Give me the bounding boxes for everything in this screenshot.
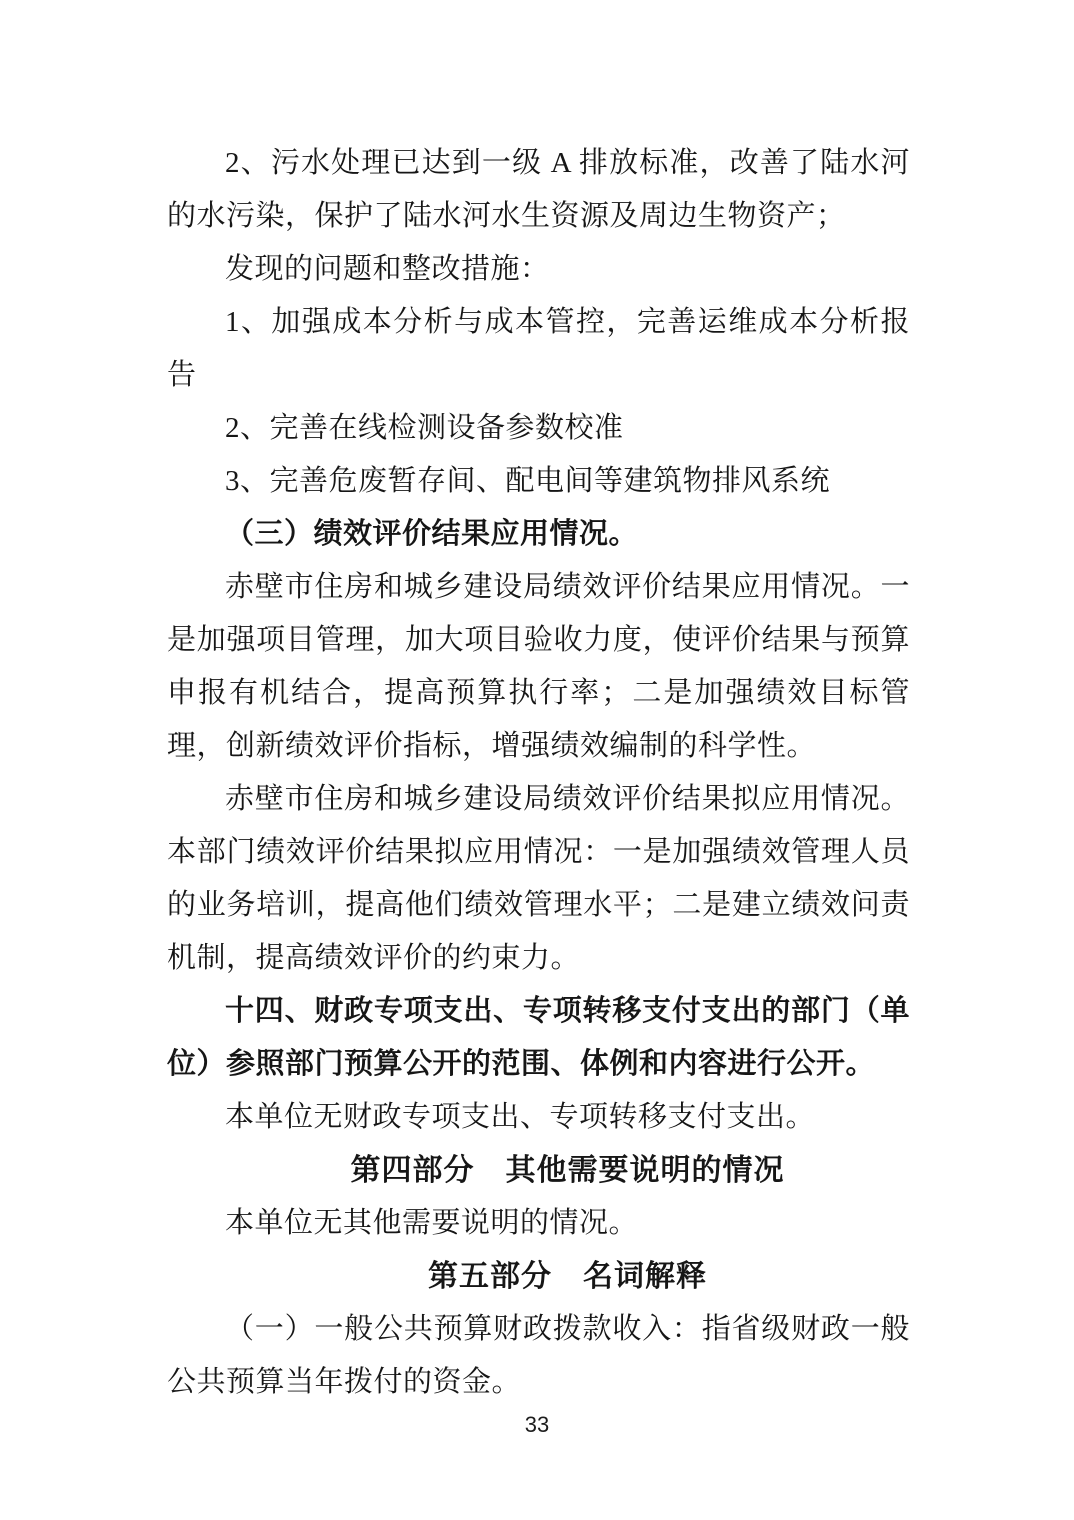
para-no-other-notes: 本单位无其他需要说明的情况。 [167, 1197, 910, 1250]
para-problems-and-measures-title: 发现的问题和整改措施： [167, 243, 910, 296]
para-term-definition-one: （一）一般公共预算财政拨款收入：指省级财政一般公共预算当年拨付的资金。 [167, 1303, 910, 1409]
heading-part-four-other-notes: 第四部分 其他需要说明的情况 [167, 1144, 910, 1197]
para-evaluation-result-application: 赤壁市住房和城乡建设局绩效评价结果应用情况。一是加强项目管理，加大项目验收力度，… [167, 561, 910, 773]
heading-part-five-glossary: 第五部分 名词解释 [167, 1250, 910, 1303]
para-evaluation-result-planned-application: 赤壁市住房和城乡建设局绩效评价结果拟应用情况。本部门绩效评价结果拟应用情况：一是… [167, 773, 910, 985]
heading-item-fourteen-special-expenditure: 十四、财政专项支出、专项转移支付支出的部门（单位）参照部门预算公开的范围、体例和… [167, 985, 910, 1091]
para-measure-1: 1、加强成本分析与成本管控，完善运维成本分析报告 [167, 296, 910, 402]
para-no-special-expenditure: 本单位无财政专项支出、专项转移支付支出。 [167, 1091, 910, 1144]
para-measure-3: 3、完善危废暂存间、配电间等建筑物排风系统 [167, 455, 910, 508]
document-page: 2、污水处理已达到一级 A 排放标准，改善了陆水河的水污染，保护了陆水河水生资源… [0, 0, 1074, 1520]
page-number: 33 [0, 1412, 1074, 1438]
para-measure-2: 2、完善在线检测设备参数校准 [167, 402, 910, 455]
para-sewage-standard: 2、污水处理已达到一级 A 排放标准，改善了陆水河的水污染，保护了陆水河水生资源… [167, 137, 910, 243]
heading-section-three-evaluation-application: （三）绩效评价结果应用情况。 [167, 508, 910, 561]
